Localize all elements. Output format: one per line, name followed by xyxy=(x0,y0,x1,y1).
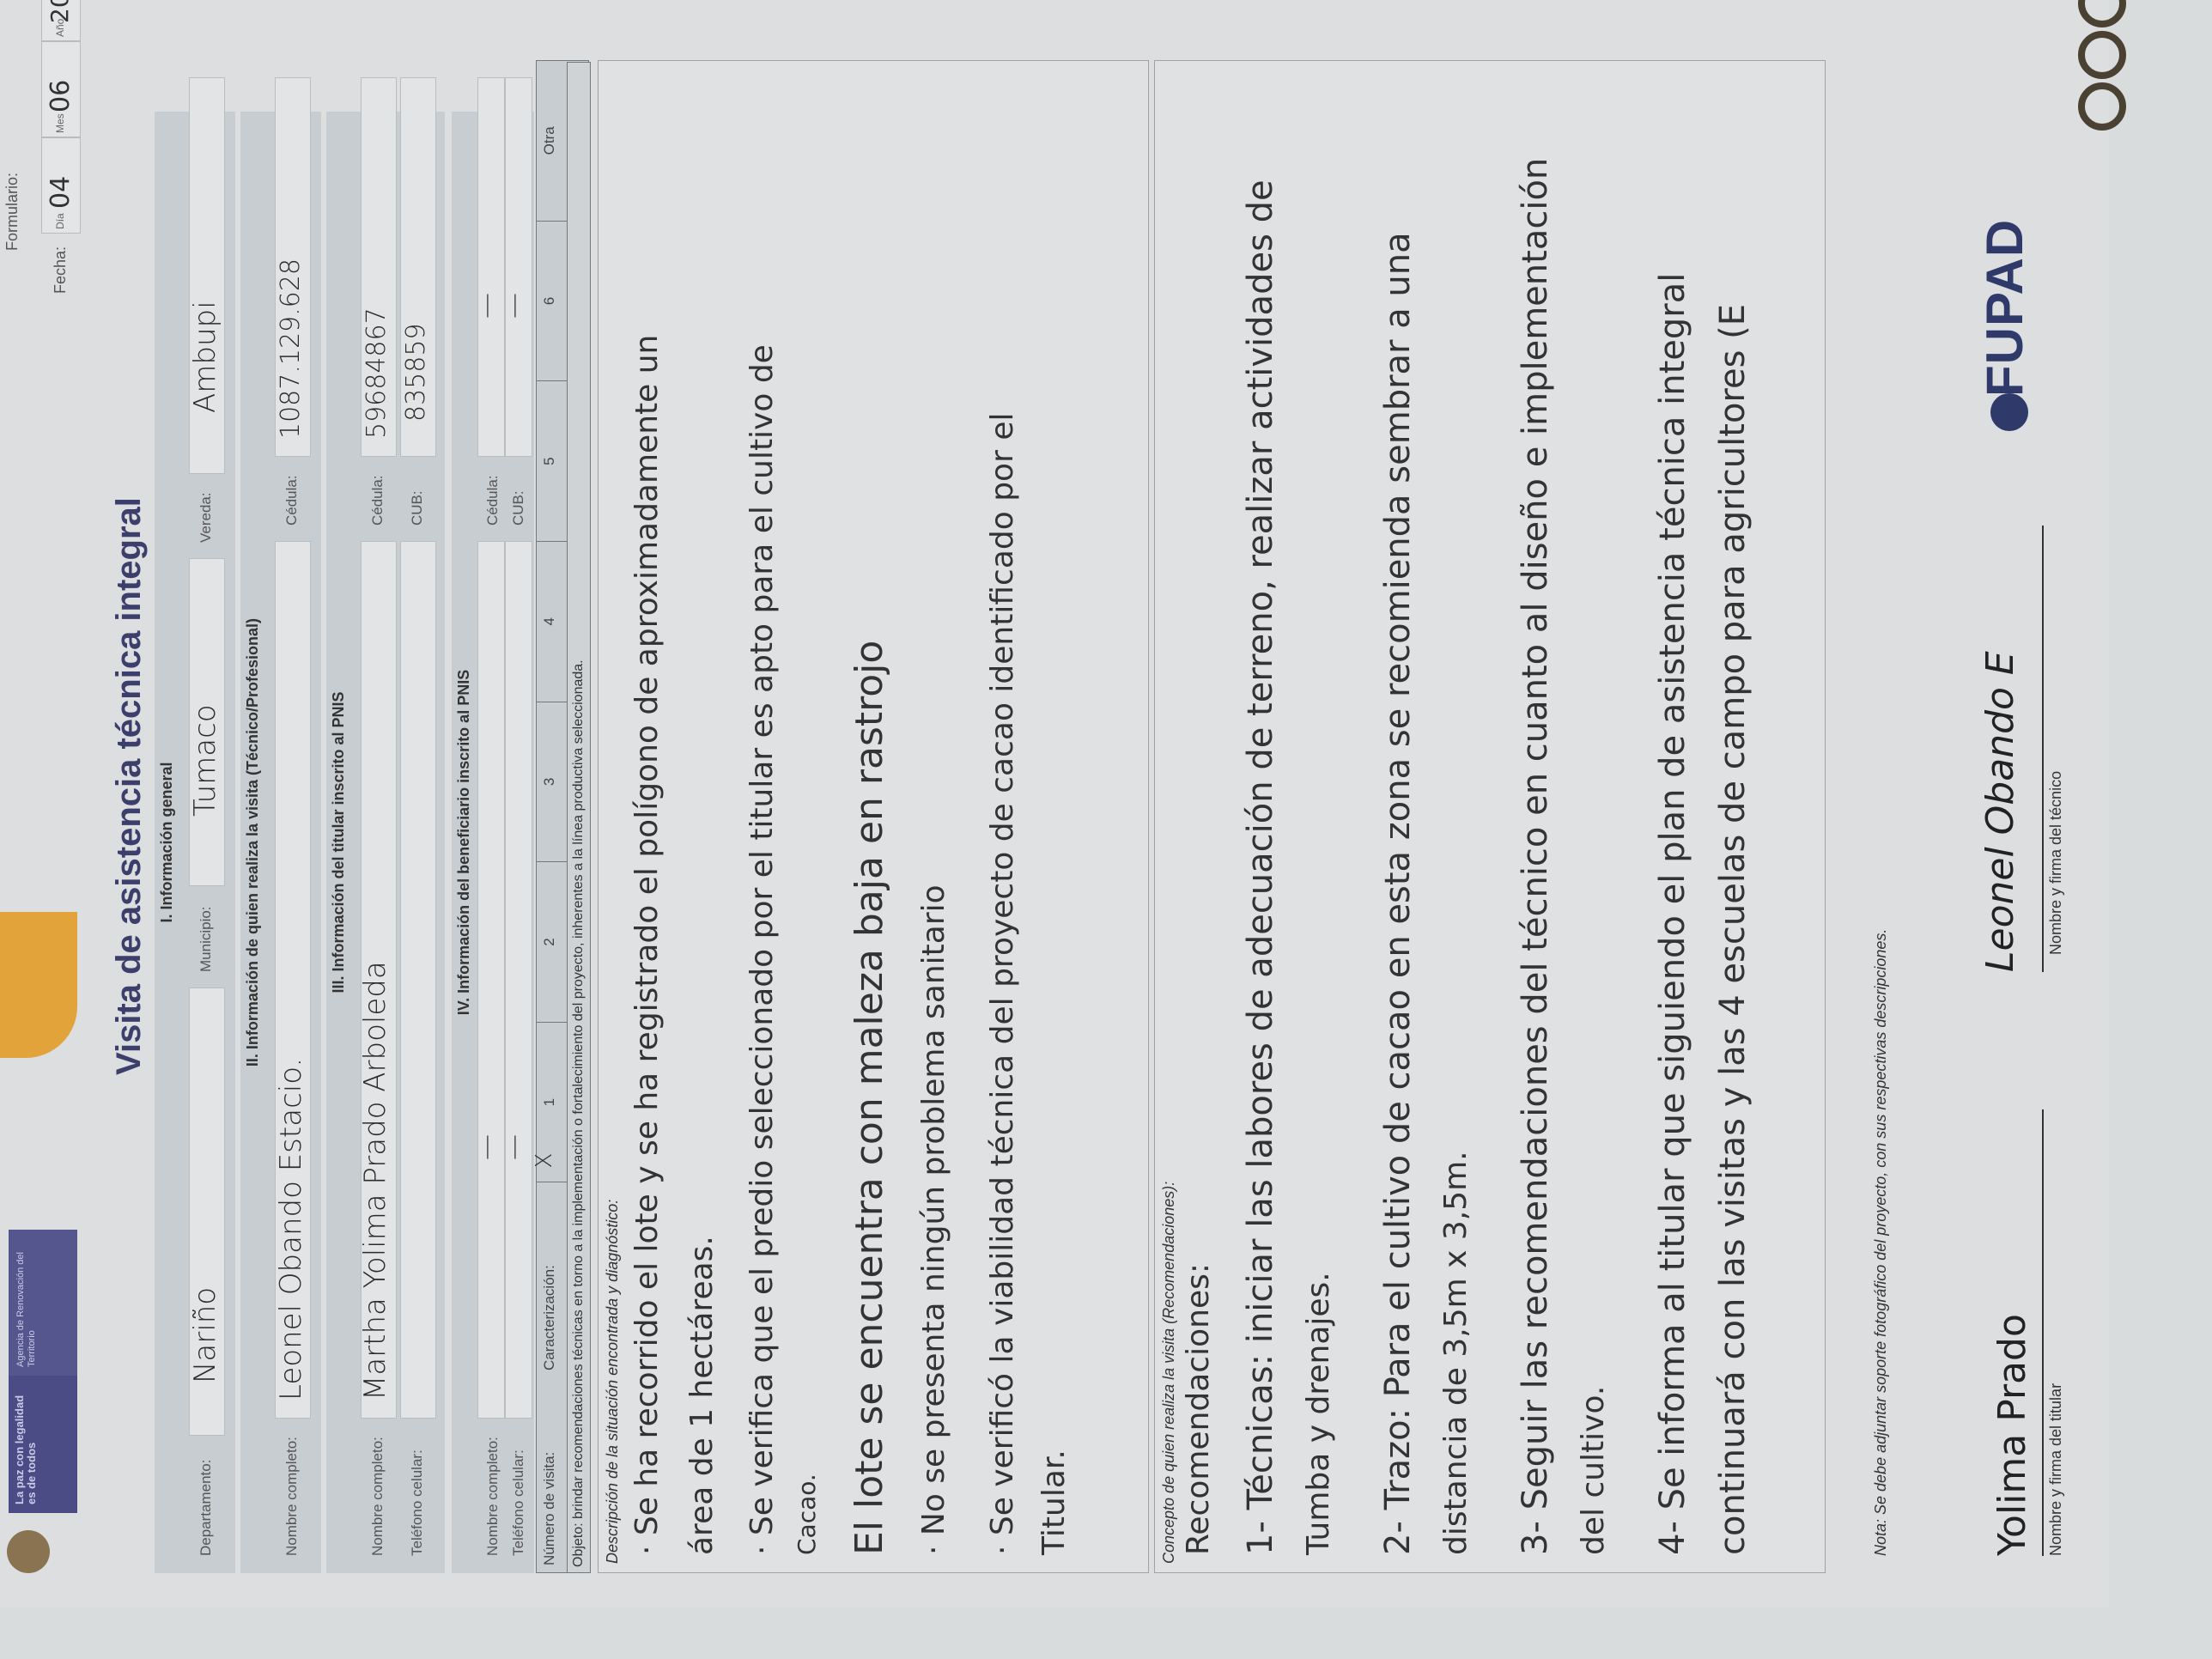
tecnico-signature-line xyxy=(2042,526,2044,972)
dia-value: 04 xyxy=(46,176,76,209)
titular-cedula-label: Cédula: xyxy=(369,475,386,526)
tecnico-nombre-field[interactable]: Leonel Obando Estacio. xyxy=(275,541,311,1419)
titular-signature: Yolima Prado xyxy=(1990,1314,2034,1556)
titular-nombre-label: Nombre completo: xyxy=(369,1437,386,1556)
concepto-panel[interactable]: Concepto de quien realiza la visita (Rec… xyxy=(1154,60,1826,1573)
swirl-logo-icon xyxy=(2078,0,2126,27)
tecnico-cedula-label: Cédula: xyxy=(283,475,301,526)
objeto-text: Objeto: brindar recomendaciones técnicas… xyxy=(567,62,591,1573)
fecha-mes-field[interactable]: Mes 06 xyxy=(41,41,81,137)
titular-cedula-field[interactable]: 59684867 xyxy=(361,77,397,457)
concepto-line: continuará con las visitas y las 4 escue… xyxy=(1713,304,1753,1555)
section-general-title: I. Información general xyxy=(155,112,179,1573)
section-titular-title: III. Información del titular inscrito al… xyxy=(326,112,351,1573)
beneficiario-telefono-label: Teléfono celular: xyxy=(510,1449,527,1556)
mes-label: Mes xyxy=(54,113,66,133)
titular-signature-line xyxy=(2042,1109,2044,1556)
tecnico-nombre-value: Leonel Obando Estacio. xyxy=(274,1058,308,1401)
descripcion-panel[interactable]: Descripción de la situación encontrada y… xyxy=(598,60,1149,1573)
swirl-logo-icon xyxy=(2078,82,2126,131)
tecnico-signature: Leonel Obando E xyxy=(1978,651,2022,972)
beneficiario-cedula-value: — xyxy=(471,293,501,319)
descripcion-line: · Se verificó la viabilidad técnica del … xyxy=(985,413,1020,1555)
tecnico-nombre-label: Nombre completo: xyxy=(283,1437,301,1556)
titular-telefono-field[interactable] xyxy=(400,541,436,1419)
logo-orange-icon xyxy=(0,912,77,1058)
titular-telefono-label: Teléfono celular: xyxy=(409,1449,426,1556)
municipio-label: Municipio: xyxy=(197,906,215,972)
beneficiario-cub-field[interactable]: — xyxy=(505,77,532,457)
section-general: I. Información general Departamento: Nar… xyxy=(155,112,235,1573)
beneficiario-nombre-value: — xyxy=(471,1134,501,1160)
municipio-field[interactable]: Tumaco xyxy=(189,558,225,886)
section-beneficiario: IV. Información del beneficiario inscrit… xyxy=(452,112,534,1573)
departamento-field[interactable]: Nariño xyxy=(189,987,225,1436)
concepto-line: del cultivo. xyxy=(1576,1386,1611,1555)
titular-nombre-value: Martha Yolima Prado Arboleda xyxy=(358,961,392,1401)
selected-mark: X xyxy=(532,1153,557,1169)
form-header: La paz con legalidad es de todos Agencia… xyxy=(0,0,146,1607)
titular-cub-field[interactable]: 835859 xyxy=(400,77,436,457)
concepto-line: Tumba y drenajes. xyxy=(1301,1272,1336,1555)
descripcion-line: · Se ha recorrido el lote y se ha regist… xyxy=(629,335,665,1555)
swirl-logo-icon xyxy=(2078,31,2126,79)
dia-label: Día xyxy=(54,213,66,229)
concepto-line: 1- Técnicas: iniciar las labores de adec… xyxy=(1241,179,1280,1555)
concepto-line: distancia de 3,5m x 3,5m. xyxy=(1438,1151,1474,1555)
fecha-anio-field[interactable]: Año 2022 xyxy=(41,0,81,41)
fupad-logo: FUPAD xyxy=(1975,219,2034,397)
beneficiario-telefono-value: — xyxy=(499,1134,529,1160)
logo-paz-legalidad: La paz con legalidad es de todos xyxy=(9,1376,77,1513)
caracterizacion-label: Caracterización: xyxy=(541,1265,557,1370)
descripcion-line: Cacao. xyxy=(793,1474,821,1555)
coat-of-arms-icon xyxy=(7,1530,50,1573)
descripcion-line: área de 1 hectáreas. xyxy=(684,1236,720,1555)
section-beneficiario-title: IV. Información del beneficiario inscrit… xyxy=(452,112,477,1573)
titular-cub-label: CUB: xyxy=(409,490,426,526)
beneficiario-cub-value: — xyxy=(499,293,529,319)
formulario-label: Formulario: xyxy=(3,173,21,251)
municipio-value: Tumaco xyxy=(188,704,222,817)
beneficiario-cedula-label: Cédula: xyxy=(484,475,501,526)
concepto-line: 2- Trazo: Para el cultivo de cacao en es… xyxy=(1378,232,1418,1555)
globe-icon xyxy=(1990,393,2028,431)
fecha-dia-field[interactable]: Día 04 xyxy=(41,137,81,234)
form-body: La paz con legalidad es de todos Agencia… xyxy=(0,0,2109,1607)
mes-value: 06 xyxy=(46,80,76,112)
beneficiario-nombre-field[interactable]: — xyxy=(477,541,505,1419)
section-titular: III. Información del titular inscrito al… xyxy=(326,112,445,1573)
page-title: Visita de asistencia técnica integral xyxy=(110,497,149,1075)
form-sheet: La paz con legalidad es de todos Agencia… xyxy=(0,0,2212,1659)
departamento-label: Departamento: xyxy=(197,1460,215,1556)
tecnico-cedula-value: 1087.129.628 xyxy=(276,258,306,439)
logo-agencia-renovacion: Agencia de Renovación del Territorio xyxy=(9,1230,77,1376)
concepto-title: Concepto de quien realiza la visita (Rec… xyxy=(1160,1182,1178,1564)
beneficiario-cub-label: CUB: xyxy=(510,490,527,526)
descripcion-title: Descripción de la situación encontrada y… xyxy=(604,1200,622,1564)
tecnico-signature-label: Nombre y firma del técnico xyxy=(2047,771,2065,955)
descripcion-line: · No se presenta ningún problema sanitar… xyxy=(916,884,951,1555)
fecha-label: Fecha: xyxy=(52,246,70,294)
titular-cub-value: 835859 xyxy=(401,323,431,422)
departamento-value: Nariño xyxy=(188,1287,222,1383)
titular-cedula-value: 59684867 xyxy=(362,307,392,439)
nota-text: Nota: Se debe adjuntar soporte fotográfi… xyxy=(1872,929,1890,1556)
vereda-field[interactable]: Ambupi xyxy=(189,77,225,474)
beneficiario-telefono-field[interactable]: — xyxy=(505,541,532,1419)
concepto-line: Recomendaciones: xyxy=(1181,1263,1216,1555)
concepto-line: 3- Seguir las recomendaciones del técnic… xyxy=(1516,158,1555,1555)
beneficiario-nombre-label: Nombre completo: xyxy=(484,1437,501,1556)
beneficiario-cedula-field[interactable]: — xyxy=(477,77,505,457)
section-tecnico: II. Información de quien realiza la visi… xyxy=(240,112,321,1573)
tecnico-cedula-field[interactable]: 1087.129.628 xyxy=(275,77,311,457)
descripcion-line: El lote se encuentra con maleza baja en … xyxy=(848,641,891,1555)
vereda-label: Vereda: xyxy=(197,492,215,543)
concepto-line: 4- Se informa al titular que siguiendo e… xyxy=(1653,273,1692,1555)
titular-nombre-field[interactable]: Martha Yolima Prado Arboleda xyxy=(361,541,397,1419)
descripcion-line: Titular. xyxy=(1036,1449,1072,1555)
descripcion-line: · Se verifica que el predio seleccionado… xyxy=(744,344,780,1555)
titular-signature-label: Nombre y firma del titular xyxy=(2047,1383,2065,1556)
anio-value: 2022 xyxy=(46,0,74,23)
vereda-value: Ambupi xyxy=(188,301,222,413)
section-tecnico-title: II. Información de quien realiza la visi… xyxy=(240,112,265,1573)
